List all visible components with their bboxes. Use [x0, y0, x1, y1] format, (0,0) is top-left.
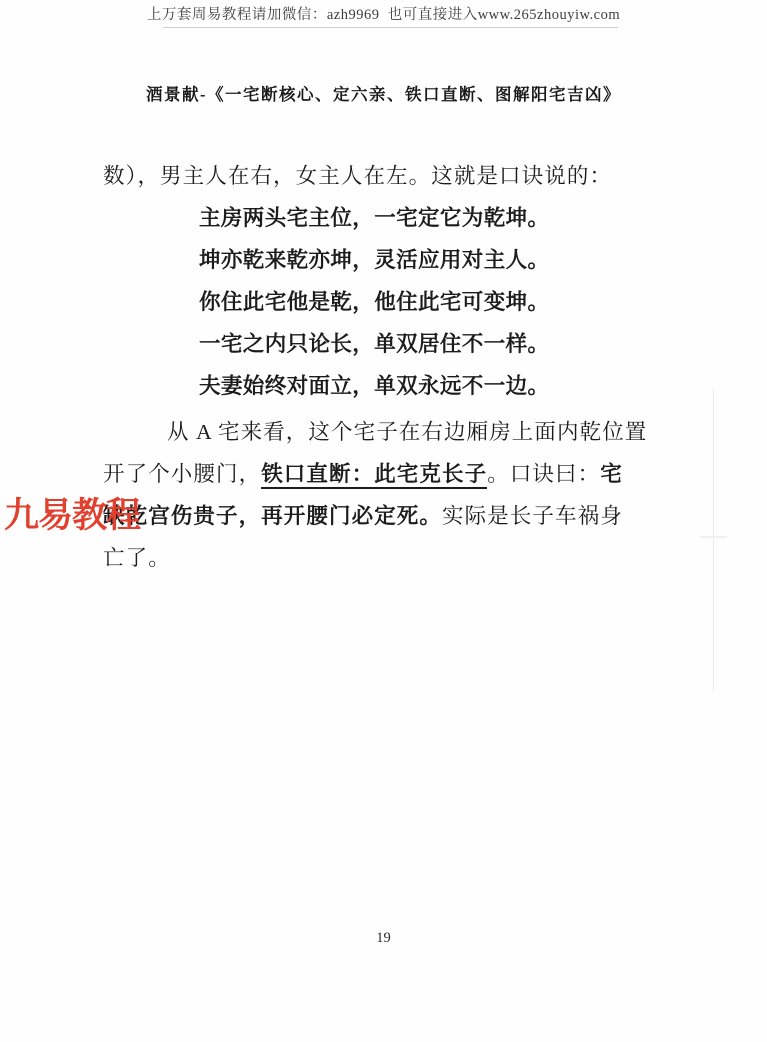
paragraph-line-2-pre: 开了个小腰门，	[103, 462, 261, 486]
red-watermark: 九易教程	[4, 496, 140, 536]
header-underline	[163, 27, 618, 28]
verse-line: 主房两头宅主位，一宅定它为乾坤。	[199, 197, 648, 239]
verse-line: 夫妻始终对面立，单双永远不一边。	[199, 365, 648, 407]
paragraph-line-2: 开了个小腰门，铁口直断：此宅克长子。口诀曰：宅	[103, 453, 648, 495]
verse-line: 你住此宅他是乾，他住此宅可变坤。	[199, 281, 648, 323]
paragraph-line-3: 缺乾宫伤贵子，再开腰门必定死。实际是长子车祸身	[103, 495, 648, 537]
paragraph-line-2-bold-tail: 宅	[600, 462, 623, 486]
body-text: 数），男主人在右，女主人在左。这就是口诀说的： 主房两头宅主位，一宅定它为乾坤。…	[103, 155, 648, 579]
paragraph-line-3-tail: 实际是长子车祸身	[442, 504, 623, 528]
page-number: 19	[0, 930, 767, 947]
book-title: 酒景献-《一宅断核心、定六亲、铁口直断、图解阳宅吉凶》	[0, 84, 767, 106]
paragraph-line-2-mid: 。口诀曰：	[487, 462, 600, 486]
promo-header-text: 上万套周易教程请加微信：azh9969 也可直接进入www.265zhouyiw…	[0, 5, 767, 25]
intro-line: 数），男主人在右，女主人在左。这就是口诀说的：	[103, 155, 648, 197]
iron-mouth-emphasis: 铁口直断：此宅克长子	[261, 462, 487, 489]
scan-artifact-vertical-line	[713, 388, 714, 692]
verse-line: 坤亦乾来乾亦坤，灵活应用对主人。	[199, 239, 648, 281]
scan-artifact-tick	[700, 536, 727, 538]
scanned-document-page: 上万套周易教程请加微信：azh9969 也可直接进入www.265zhouyiw…	[0, 0, 767, 1042]
paragraph-line-4: 亡了。	[103, 537, 648, 579]
paragraph-line-1: 从 A 宅来看，这个宅子在右边厢房上面内乾位置	[103, 411, 648, 453]
verse-line: 一宅之内只论长，单双居住不一样。	[199, 323, 648, 365]
paragraph-line-3-bold: 缺乾宫伤贵子，再开腰门必定死。	[103, 504, 442, 528]
